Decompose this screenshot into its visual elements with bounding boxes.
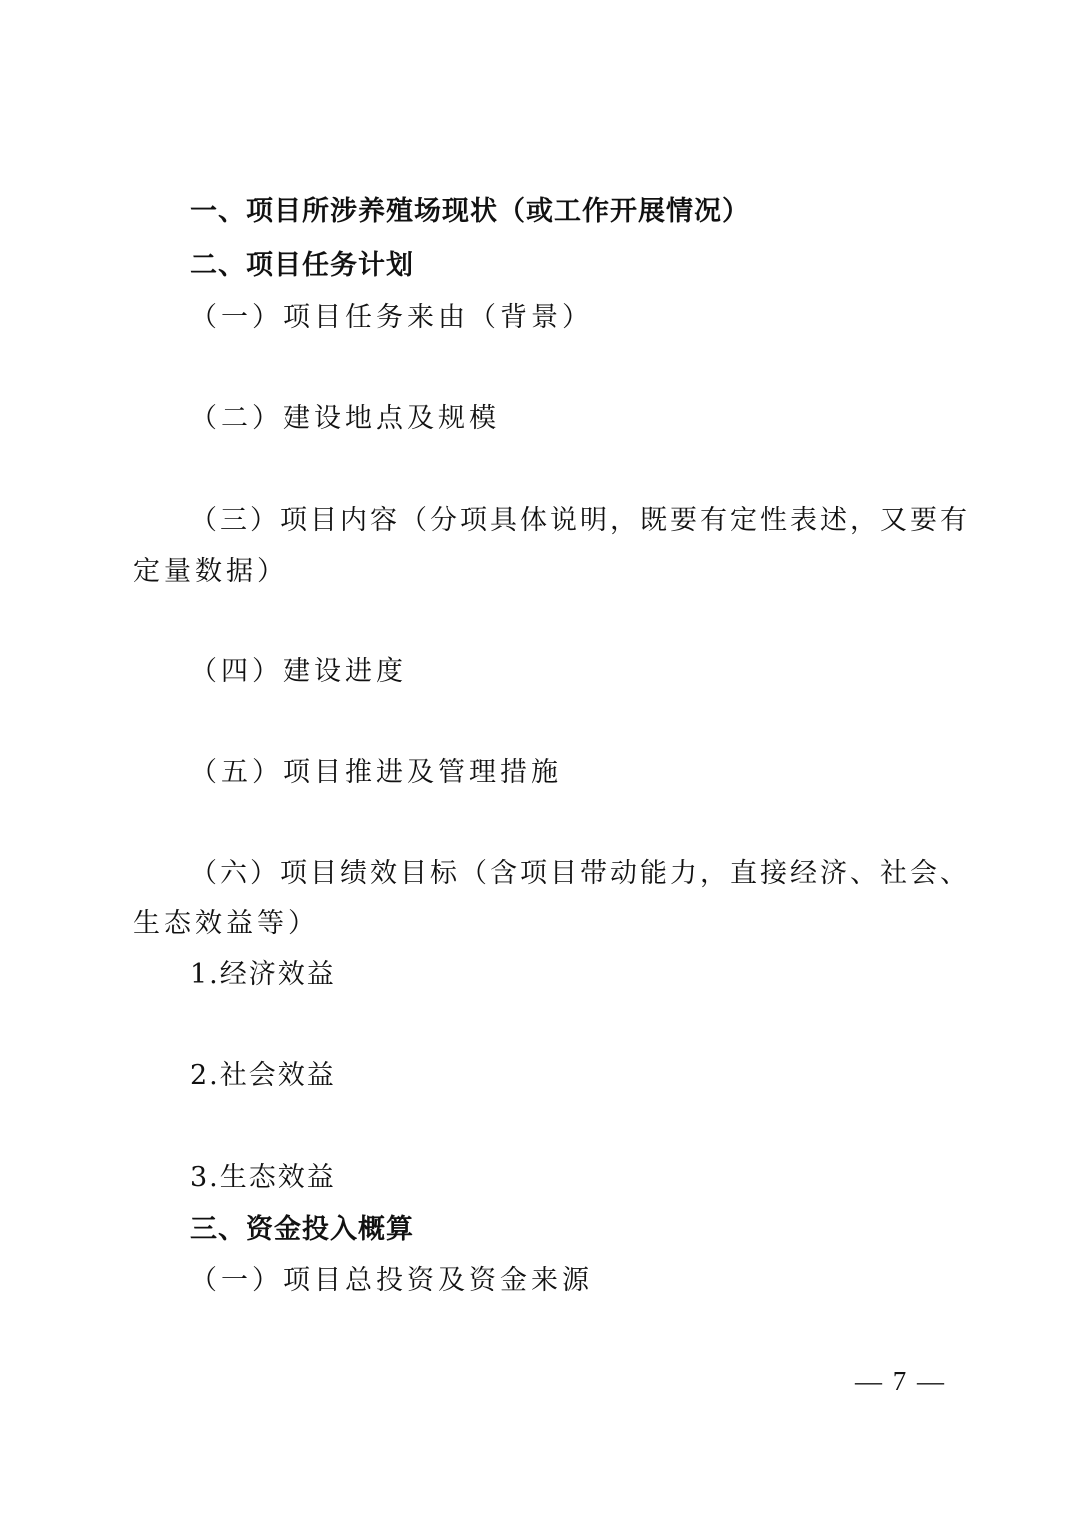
subsection-2-6-continued: 生态效益等） bbox=[133, 908, 319, 940]
item-social-benefit: 2.社会效益 bbox=[190, 1060, 336, 1092]
subsection-2-6: （六）项目绩效目标（含项目带动能力，直接经济、社会、 bbox=[190, 858, 970, 890]
page-number: — 7 — bbox=[855, 1365, 946, 1397]
item-ecological-benefit: 3.生态效益 bbox=[190, 1162, 336, 1194]
section-heading-1: 一、项目所涉养殖场现状（或工作开展情况） bbox=[190, 196, 750, 228]
subsection-2-3: （三）项目内容（分项具体说明，既要有定性表述，又要有 bbox=[190, 505, 970, 537]
section-heading-3: 三、资金投入概算 bbox=[190, 1214, 414, 1246]
subsection-2-2: （二）建设地点及规模 bbox=[190, 403, 500, 435]
item-economic-benefit: 1.经济效益 bbox=[190, 959, 336, 991]
subsection-2-4: （四）建设进度 bbox=[190, 656, 407, 688]
subsection-2-5: （五）项目推进及管理措施 bbox=[190, 757, 562, 789]
subsection-2-3-continued: 定量数据） bbox=[133, 556, 288, 588]
section-heading-2: 二、项目任务计划 bbox=[190, 250, 414, 282]
subsection-2-1: （一）项目任务来由（背景） bbox=[190, 302, 593, 334]
subsection-3-1: （一）项目总投资及资金来源 bbox=[190, 1265, 593, 1297]
